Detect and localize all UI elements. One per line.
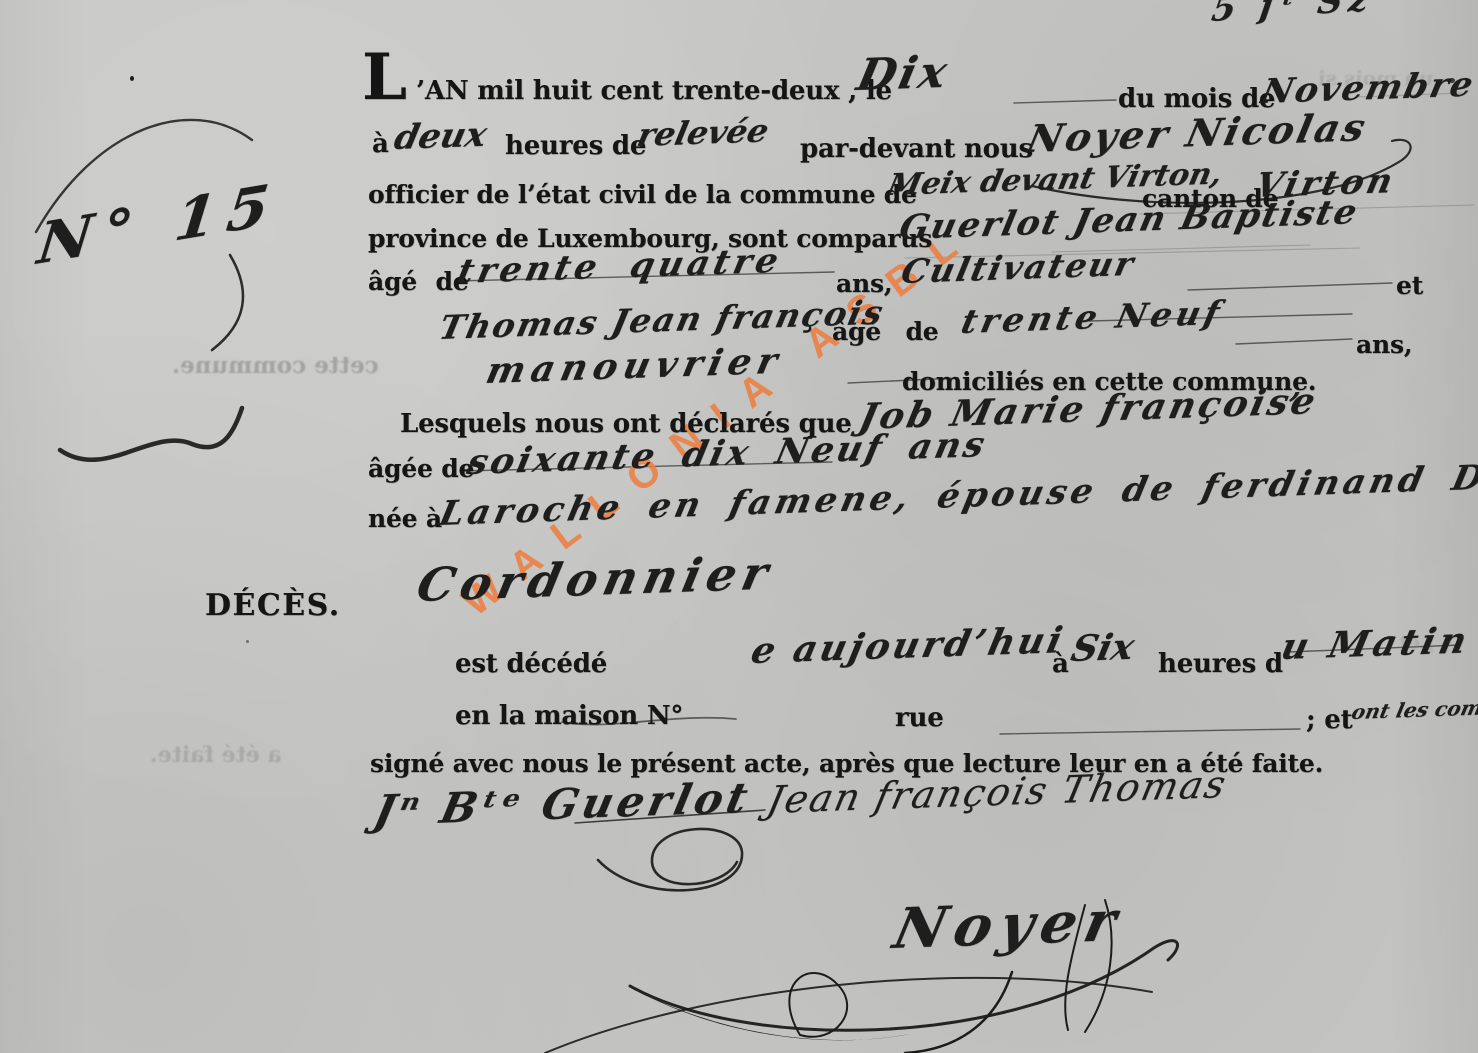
handwritten-day: Dix [853, 47, 955, 101]
signature-noyer: Noyer [888, 888, 1130, 962]
printed-officier-line: officier de l’état civil de la commune d… [368, 180, 917, 209]
handwritten-death-day: e aujourd’hui [748, 619, 1069, 672]
printed-par-devant-nous: par-devant nous [800, 134, 1033, 164]
handwritten-declarant1-name: Guerlot Jean Baptiste [896, 192, 1363, 248]
handwritten-declarant1-occupation: Cultivateur [898, 244, 1139, 291]
printed-en-la-maison: en la maison N° [455, 701, 683, 731]
printed-heures-d: heures d [1158, 649, 1283, 679]
printed-initial-L: L [362, 46, 407, 110]
printed-line1-opening: ’AN mil huit cent trente-deux , le [416, 76, 892, 106]
handwritten-officer-name: Noyer Nicolas [1023, 104, 1372, 161]
handwritten-death-hour: Six [1068, 626, 1139, 670]
noyer-y-descender [905, 972, 1012, 1053]
printed-nee-a: née à [368, 504, 442, 533]
noyer-loop [789, 973, 847, 1037]
margin-deces-label: DÉCÈS. [205, 588, 341, 623]
death-record-scan: cette commune. un mois si a été faite. ;… [0, 0, 1478, 1053]
printed-ans-2: ans, [1356, 330, 1412, 359]
bleedthrough-fragment: a été faite. [150, 742, 282, 768]
printed-rue: rue [895, 703, 944, 733]
printed-et-2: ; et [1306, 705, 1352, 735]
rule-after-day [1014, 100, 1116, 103]
printed-a-heures: à [372, 129, 389, 159]
handwritten-declarant2-age: trente Neuf [958, 293, 1227, 341]
noyer-flourish-b [545, 978, 1152, 1053]
handwritten-spouse-occupation: Cordonnier [412, 546, 779, 612]
printed-agee-de: âgée de [368, 454, 474, 483]
margin-paraph-right [212, 255, 243, 350]
printed-et-1: et [1396, 271, 1423, 300]
guerlot-paraph [598, 829, 742, 890]
printed-heures-de: heures de [505, 131, 646, 161]
margin-paraph-underswash [60, 408, 242, 460]
paper-speck [1449, 78, 1455, 83]
bleedthrough-fragment: cette commune. [172, 352, 379, 379]
paper-speck [130, 76, 134, 81]
rule-after-occupation1 [1188, 283, 1392, 290]
margin-act-number: N° 15 [34, 170, 282, 277]
rule-rue [1000, 729, 1300, 734]
handwritten-comparants-note: ont les comparants [1349, 693, 1478, 724]
handwritten-hour: deux [391, 115, 491, 158]
handwritten-relevee: relevée [634, 112, 772, 154]
ink-flourish-overlay [0, 0, 1478, 1053]
signature-guerlot: Jⁿ Bᵗᵉ Guerlot [370, 773, 756, 835]
printed-est-decede: est décédé [455, 649, 607, 679]
handwritten-death-time-of-day: u Matin [1278, 620, 1475, 668]
rule-age2-dash [1236, 339, 1352, 344]
noyer-flourish-leaf [632, 988, 910, 1040]
corner-annotation: 5 ſᵗ Sz [1209, 0, 1377, 30]
paper-speck [246, 640, 249, 643]
